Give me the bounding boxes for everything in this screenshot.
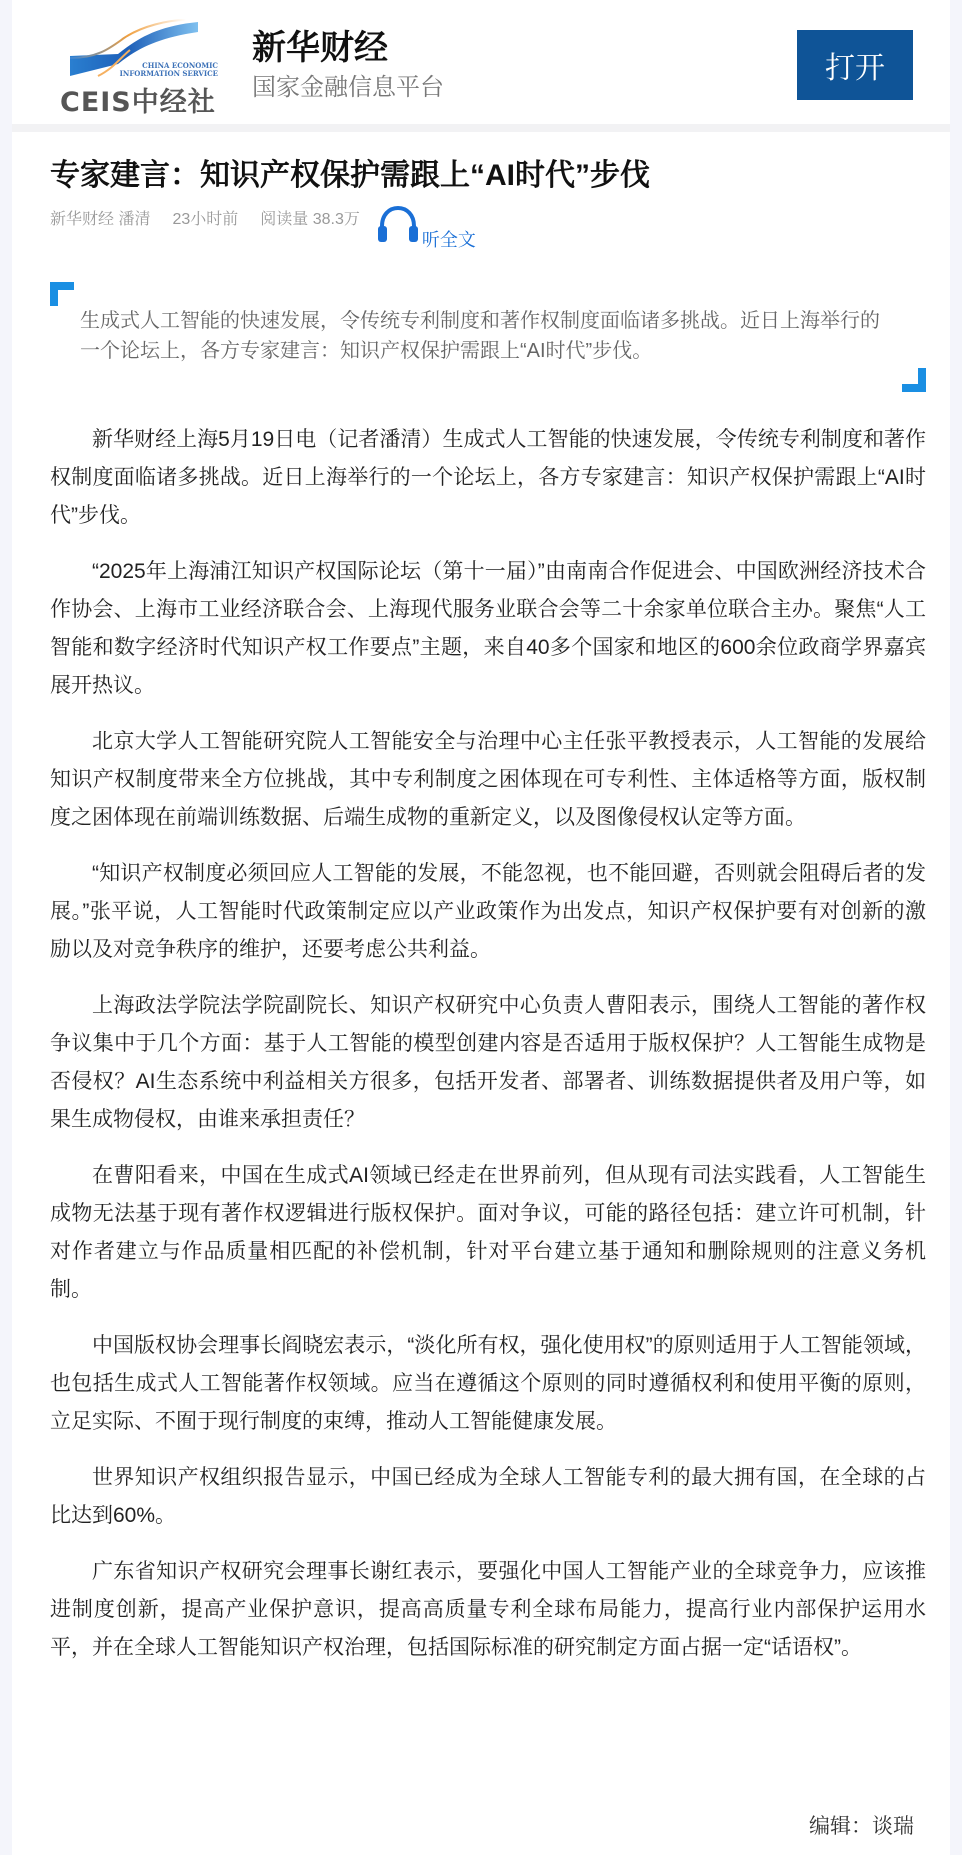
app-header: CHINA ECONOMIC INFORMATION SERVICE CEIS中…: [12, 0, 950, 124]
quote-close-corner-icon: [900, 366, 926, 392]
article-summary: 生成式人工智能的快速发展，令传统专利制度和著作权制度面临诸多挑战。近日上海举行的…: [50, 282, 926, 392]
article-time: 23小时前: [172, 204, 238, 236]
paragraph: “知识产权制度必须回应人工智能的发展，不能忽视，也不能回避，否则就会阻碍后者的发…: [50, 855, 926, 969]
header-divider: [12, 124, 950, 132]
article-read-count: 阅读量 38.3万: [260, 204, 360, 236]
quote-open-corner-icon: [50, 282, 76, 308]
article-source-author: 新华财经 潘清: [50, 204, 150, 236]
page: CHINA ECONOMIC INFORMATION SERVICE CEIS中…: [12, 0, 950, 1855]
headphones-icon: [376, 204, 420, 244]
paragraph: 北京大学人工智能研究院人工智能安全与治理中心主任张平教授表示，人工智能的发展给知…: [50, 723, 926, 837]
paragraph: 新华财经上海5月19日电（记者潘清）生成式人工智能的快速发展，令传统专利制度和著…: [50, 421, 926, 535]
listen-button[interactable]: 听全文: [376, 204, 476, 256]
paragraph: 世界知识产权组织报告显示，中国已经成为全球人工智能专利的最大拥有国，在全球的占比…: [50, 1459, 926, 1535]
editor-credit: 编辑：谈瑞: [809, 1812, 914, 1842]
logo-cn-text: CEIS中经社: [60, 80, 216, 119]
summary-text: 生成式人工智能的快速发展，令传统专利制度和著作权制度面临诸多挑战。近日上海举行的…: [80, 306, 890, 366]
paragraph: 广东省知识产权研究会理事长谢红表示，要强化中国人工智能产业的全球竞争力，应该推进…: [50, 1553, 926, 1667]
brand-name: 新华财经: [252, 28, 444, 68]
listen-label: 听全文: [422, 224, 476, 256]
paragraph: 在曹阳看来，中国在生成式AI领域已经走在世界前列，但从现有司法实践看，人工智能生…: [50, 1157, 926, 1309]
paragraph: 上海政法学院法学院副院长、知识产权研究中心负责人曹阳表示，围绕人工智能的著作权争…: [50, 987, 926, 1139]
open-app-button[interactable]: 打开: [797, 30, 913, 100]
brand: 新华财经 国家金融信息平台: [252, 28, 444, 104]
paragraph: 中国版权协会理事长阎晓宏表示，“淡化所有权，强化使用权”的原则适用于人工智能领域…: [50, 1327, 926, 1441]
article-body: 新华财经上海5月19日电（记者潘清）生成式人工智能的快速发展，令传统专利制度和著…: [50, 421, 926, 1685]
article-meta: 新华财经 潘清 23小时前 阅读量 38.3万 听全文: [50, 204, 476, 254]
brand-tagline: 国家金融信息平台: [252, 72, 444, 104]
paragraph: “2025年上海浦江知识产权国际论坛（第十一届）”由南南合作促进会、中国欧洲经济…: [50, 553, 926, 705]
article-title: 专家建言：知识产权保护需跟上“AI时代”步伐: [50, 156, 650, 196]
ceis-logo[interactable]: CHINA ECONOMIC INFORMATION SERVICE CEIS中…: [58, 18, 218, 110]
logo-en-line2: INFORMATION SERVICE: [120, 69, 218, 78]
